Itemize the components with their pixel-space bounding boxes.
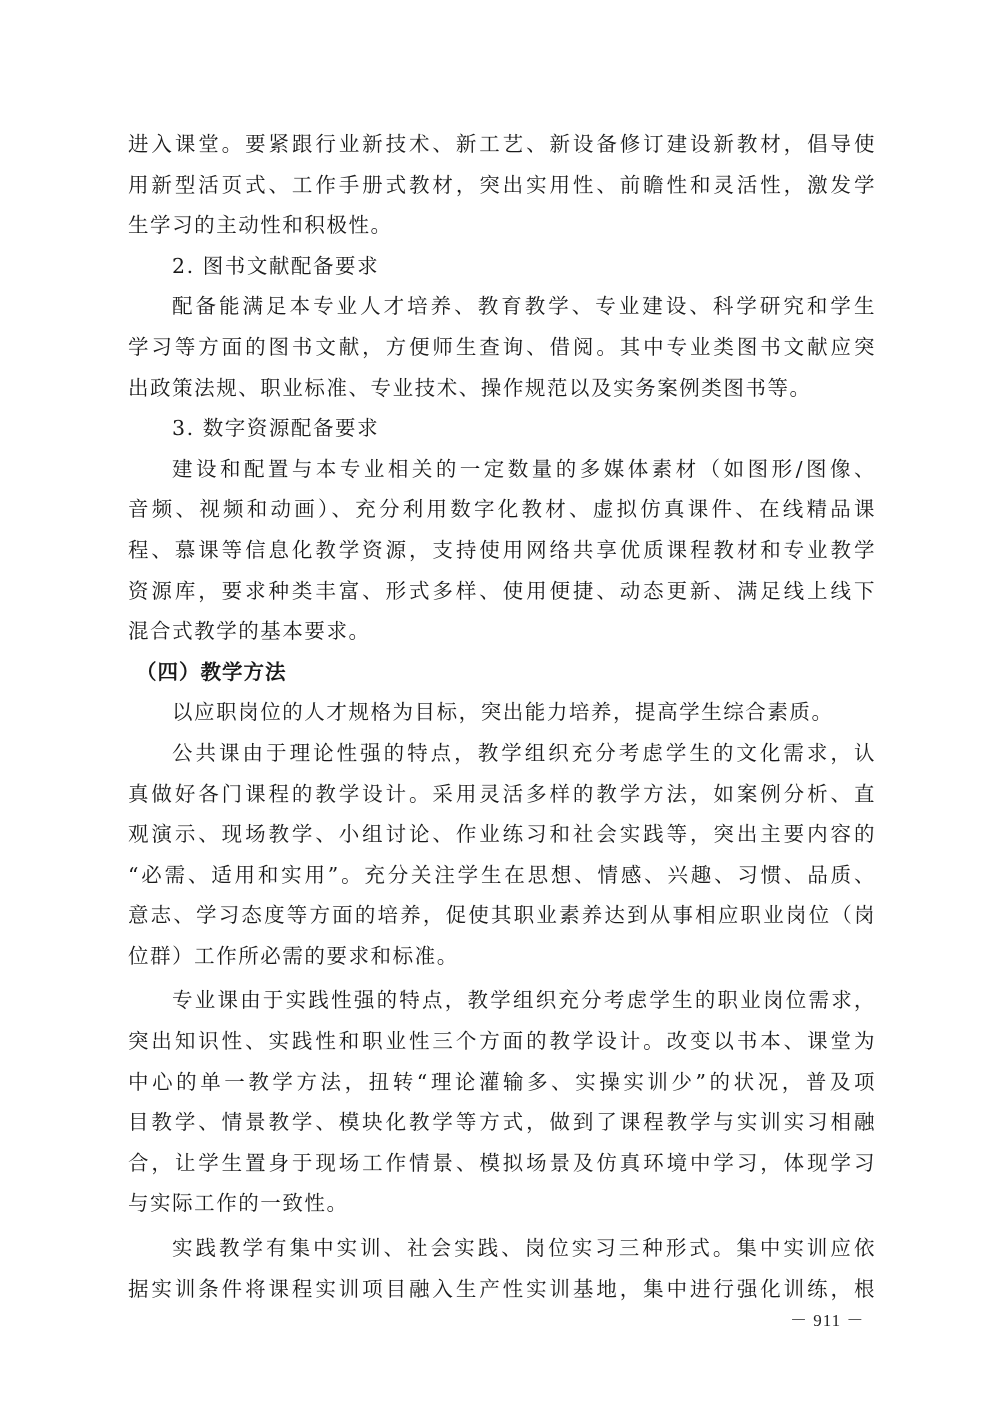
subheading-library-resources: 2. 图书文献配备要求 <box>128 246 876 287</box>
text-line: 资源库，要求种类丰富、形式多样、使用便捷、动态更新、满足线上线下 <box>128 571 876 612</box>
text-line: 中心的单一教学方法，扭转“理论灌输多、实操实训少”的状况，普及项 <box>128 1062 876 1103</box>
text-line: 意志、学习态度等方面的培养，促使其职业素养达到从事相应职业岗位（岗 <box>128 895 876 936</box>
text-line: 目教学、情景教学、模块化教学等方式，做到了课程教学与实训实习相融 <box>128 1102 876 1143</box>
text-line: 出政策法规、职业标准、专业技术、操作规范以及实务案例类图书等。 <box>128 368 876 409</box>
page-number: － 911 － <box>790 1306 864 1331</box>
text-line: “必需、适用和实用”。充分关注学生在思想、情感、兴趣、习惯、品质、 <box>128 855 876 896</box>
paragraph-textbook-continuation: 进入课堂。要紧跟行业新技术、新工艺、新设备修订建设新教材，倡导使 用新型活页式、… <box>128 124 876 246</box>
text-line: 学习等方面的图书文献，方便师生查询、借阅。其中专业类图书文献应突 <box>128 327 876 368</box>
text-line: 以应职岗位的人才规格为目标，突出能力培养，提高学生综合素质。 <box>128 692 876 733</box>
text-line: 程、慕课等信息化教学资源，支持使用网络共享优质课程教材和专业教学 <box>128 530 876 571</box>
text-line: 建设和配置与本专业相关的一定数量的多媒体素材（如图形/图像、 <box>128 449 876 490</box>
text-line: 实践教学有集中实训、社会实践、岗位实习三种形式。集中实训应依 <box>128 1228 876 1269</box>
text-line: 专业课由于实践性强的特点，教学组织充分考虑学生的职业岗位需求， <box>128 980 876 1021</box>
document-page: 进入课堂。要紧跟行业新技术、新工艺、新设备修订建设新教材，倡导使 用新型活页式、… <box>128 124 876 1309</box>
text-line: 与实际工作的一致性。 <box>128 1183 876 1224</box>
text-line: 观演示、现场教学、小组讨论、作业练习和社会实践等，突出主要内容的 <box>128 814 876 855</box>
subheading-digital-resources: 3. 数字资源配备要求 <box>128 408 876 449</box>
paragraph-digital-resources: 建设和配置与本专业相关的一定数量的多媒体素材（如图形/图像、 音频、视频和动画）… <box>128 449 876 652</box>
text-line: 公共课由于理论性强的特点，教学组织充分考虑学生的文化需求，认 <box>128 733 876 774</box>
text-line: 真做好各门课程的教学设计。采用灵活多样的教学方法，如案例分析、直 <box>128 774 876 815</box>
paragraph-library-resources: 配备能满足本专业人才培养、教育教学、专业建设、科学研究和学生 学习等方面的图书文… <box>128 286 876 408</box>
paragraph-professional-courses: 专业课由于实践性强的特点，教学组织充分考虑学生的职业岗位需求， 突出知识性、实践… <box>128 980 876 1224</box>
text-line: 突出知识性、实践性和职业性三个方面的教学设计。改变以书本、课堂为 <box>128 1021 876 1062</box>
text-line: 位群）工作所必需的要求和标准。 <box>128 936 876 977</box>
text-line: 配备能满足本专业人才培养、教育教学、专业建设、科学研究和学生 <box>128 286 876 327</box>
text-line: 据实训条件将课程实训项目融入生产性实训基地，集中进行强化训练，根 <box>128 1269 876 1310</box>
text-line: 用新型活页式、工作手册式教材，突出实用性、前瞻性和灵活性，激发学 <box>128 165 876 206</box>
text-line: 合，让学生置身于现场工作情景、模拟场景及仿真环境中学习，体现学习 <box>128 1143 876 1184</box>
paragraph-practical-teaching: 实践教学有集中实训、社会实践、岗位实习三种形式。集中实训应依 据实训条件将课程实… <box>128 1228 876 1309</box>
text-line: 混合式教学的基本要求。 <box>128 611 876 652</box>
section-heading-teaching-methods: （四）教学方法 <box>128 652 876 693</box>
text-line: 生学习的主动性和积极性。 <box>128 205 876 246</box>
paragraph-public-courses: 公共课由于理论性强的特点，教学组织充分考虑学生的文化需求，认 真做好各门课程的教… <box>128 733 876 977</box>
paragraph-teaching-goal: 以应职岗位的人才规格为目标，突出能力培养，提高学生综合素质。 <box>128 692 876 733</box>
text-line: 进入课堂。要紧跟行业新技术、新工艺、新设备修订建设新教材，倡导使 <box>128 124 876 165</box>
text-line: 音频、视频和动画）、充分利用数字化教材、虚拟仿真课件、在线精品课 <box>128 489 876 530</box>
